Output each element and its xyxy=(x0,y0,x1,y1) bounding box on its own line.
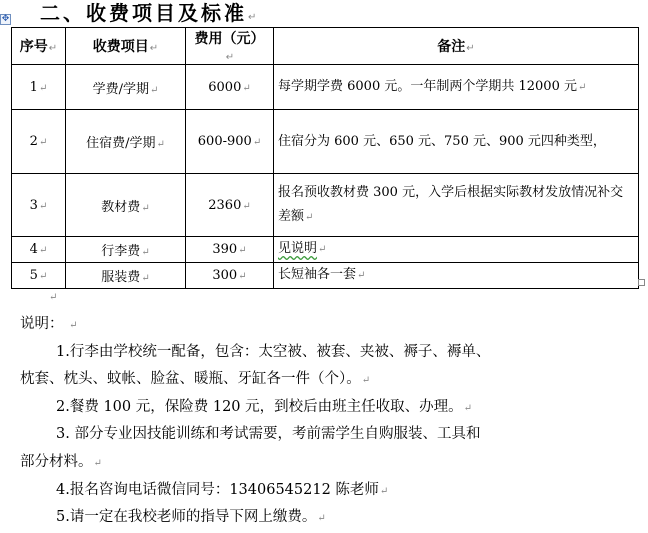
cell-fee[interactable]: 300↵ xyxy=(186,263,274,289)
table-resize-handle[interactable] xyxy=(638,279,645,286)
header-fee: 费用（元）↵ xyxy=(186,28,274,65)
notes-heading: 说明： ↵ xyxy=(20,310,78,340)
cell-fee[interactable]: 6000↵ xyxy=(186,65,274,110)
cell-note[interactable]: 住宿分为 600 元、650 元、750 元、900 元四种类型， xyxy=(274,110,639,174)
cell-note[interactable]: 报名预收教材费 300 元，入学后根据实际教材发放情况补交差额↵ xyxy=(274,174,639,237)
cell-fee[interactable]: 600-900↵ xyxy=(186,110,274,174)
table-row: 2↵ 住宿费/学期↵ 600-900↵ 住宿分为 600 元、650 元、750… xyxy=(12,110,639,174)
paragraph-mark-icon: ↵ xyxy=(49,292,57,303)
paragraph-mark-icon: ↵ xyxy=(248,12,259,23)
cell-no[interactable]: 5↵ xyxy=(12,263,66,289)
note-item-1: 1.行李由学校统一配备，包含：太空被、被套、夹被、褥子、褥单、 xyxy=(20,338,490,366)
cell-item[interactable]: 住宿费/学期↵ xyxy=(66,110,186,174)
cell-item[interactable]: 服装费↵ xyxy=(66,263,186,289)
cell-item[interactable]: 学费/学期↵ xyxy=(66,65,186,110)
table-row: 1↵ 学费/学期↵ 6000↵ 每学期学费 6000 元。一年制两个学期共 12… xyxy=(12,65,639,110)
table-row: 4↵ 行李费↵ 390↵ 见说明↵ xyxy=(12,237,639,263)
cell-item[interactable]: 行李费↵ xyxy=(66,237,186,263)
cell-item[interactable]: 教材费↵ xyxy=(66,174,186,237)
note-item-1-cont: 枕套、枕头、蚊帐、脸盆、暖瓶、牙缸各一件（个）。↵ xyxy=(20,365,370,395)
section-title-text: 二、收费项目及标准 xyxy=(40,1,247,25)
table-header-row: 序号↵ 收费项目↵ 费用（元）↵ 备注↵ xyxy=(12,28,639,65)
fee-table: 序号↵ 收费项目↵ 费用（元）↵ 备注↵ 1↵ 学费/学期↵ 6000↵ 每学期… xyxy=(11,27,639,289)
cell-no[interactable]: 4↵ xyxy=(12,237,66,263)
header-item: 收费项目↵ xyxy=(66,28,186,65)
header-note: 备注↵ xyxy=(274,28,639,65)
header-no: 序号↵ xyxy=(12,28,66,65)
cell-note[interactable]: 见说明↵ xyxy=(274,237,639,263)
note-item-4: 4.报名咨询电话微信同号：13406545212 陈老师↵ xyxy=(20,476,388,506)
cell-no[interactable]: 3↵ xyxy=(12,174,66,237)
cell-no[interactable]: 2↵ xyxy=(12,110,66,174)
note-item-3-cont: 部分材料。↵ xyxy=(20,448,102,478)
table-move-handle-icon[interactable]: ✥ xyxy=(0,14,11,25)
table-row: 3↵ 教材费↵ 2360↵ 报名预收教材费 300 元，入学后根据实际教材发放情… xyxy=(12,174,639,237)
note-item-2: 2.餐费 100 元，保险费 120 元，到校后由班主任收取、办理。↵ xyxy=(20,393,472,423)
cell-no[interactable]: 1↵ xyxy=(12,65,66,110)
table-row: 5↵ 服装费↵ 300↵ 长短袖各一套↵ xyxy=(12,263,639,289)
note-item-5: 5.请一定在我校老师的指导下网上缴费。↵ xyxy=(20,503,326,533)
empty-paragraph: ↵ xyxy=(48,282,57,312)
cell-note[interactable]: 每学期学费 6000 元。一年制两个学期共 12000 元↵ xyxy=(274,65,639,110)
cell-note[interactable]: 长短袖各一套↵ xyxy=(274,263,639,289)
note-item-3: 3. 部分专业因技能训练和考试需要，考前需学生自购服装、工具和 xyxy=(20,420,480,448)
cell-fee[interactable]: 2360↵ xyxy=(186,174,274,237)
cell-fee[interactable]: 390↵ xyxy=(186,237,274,263)
